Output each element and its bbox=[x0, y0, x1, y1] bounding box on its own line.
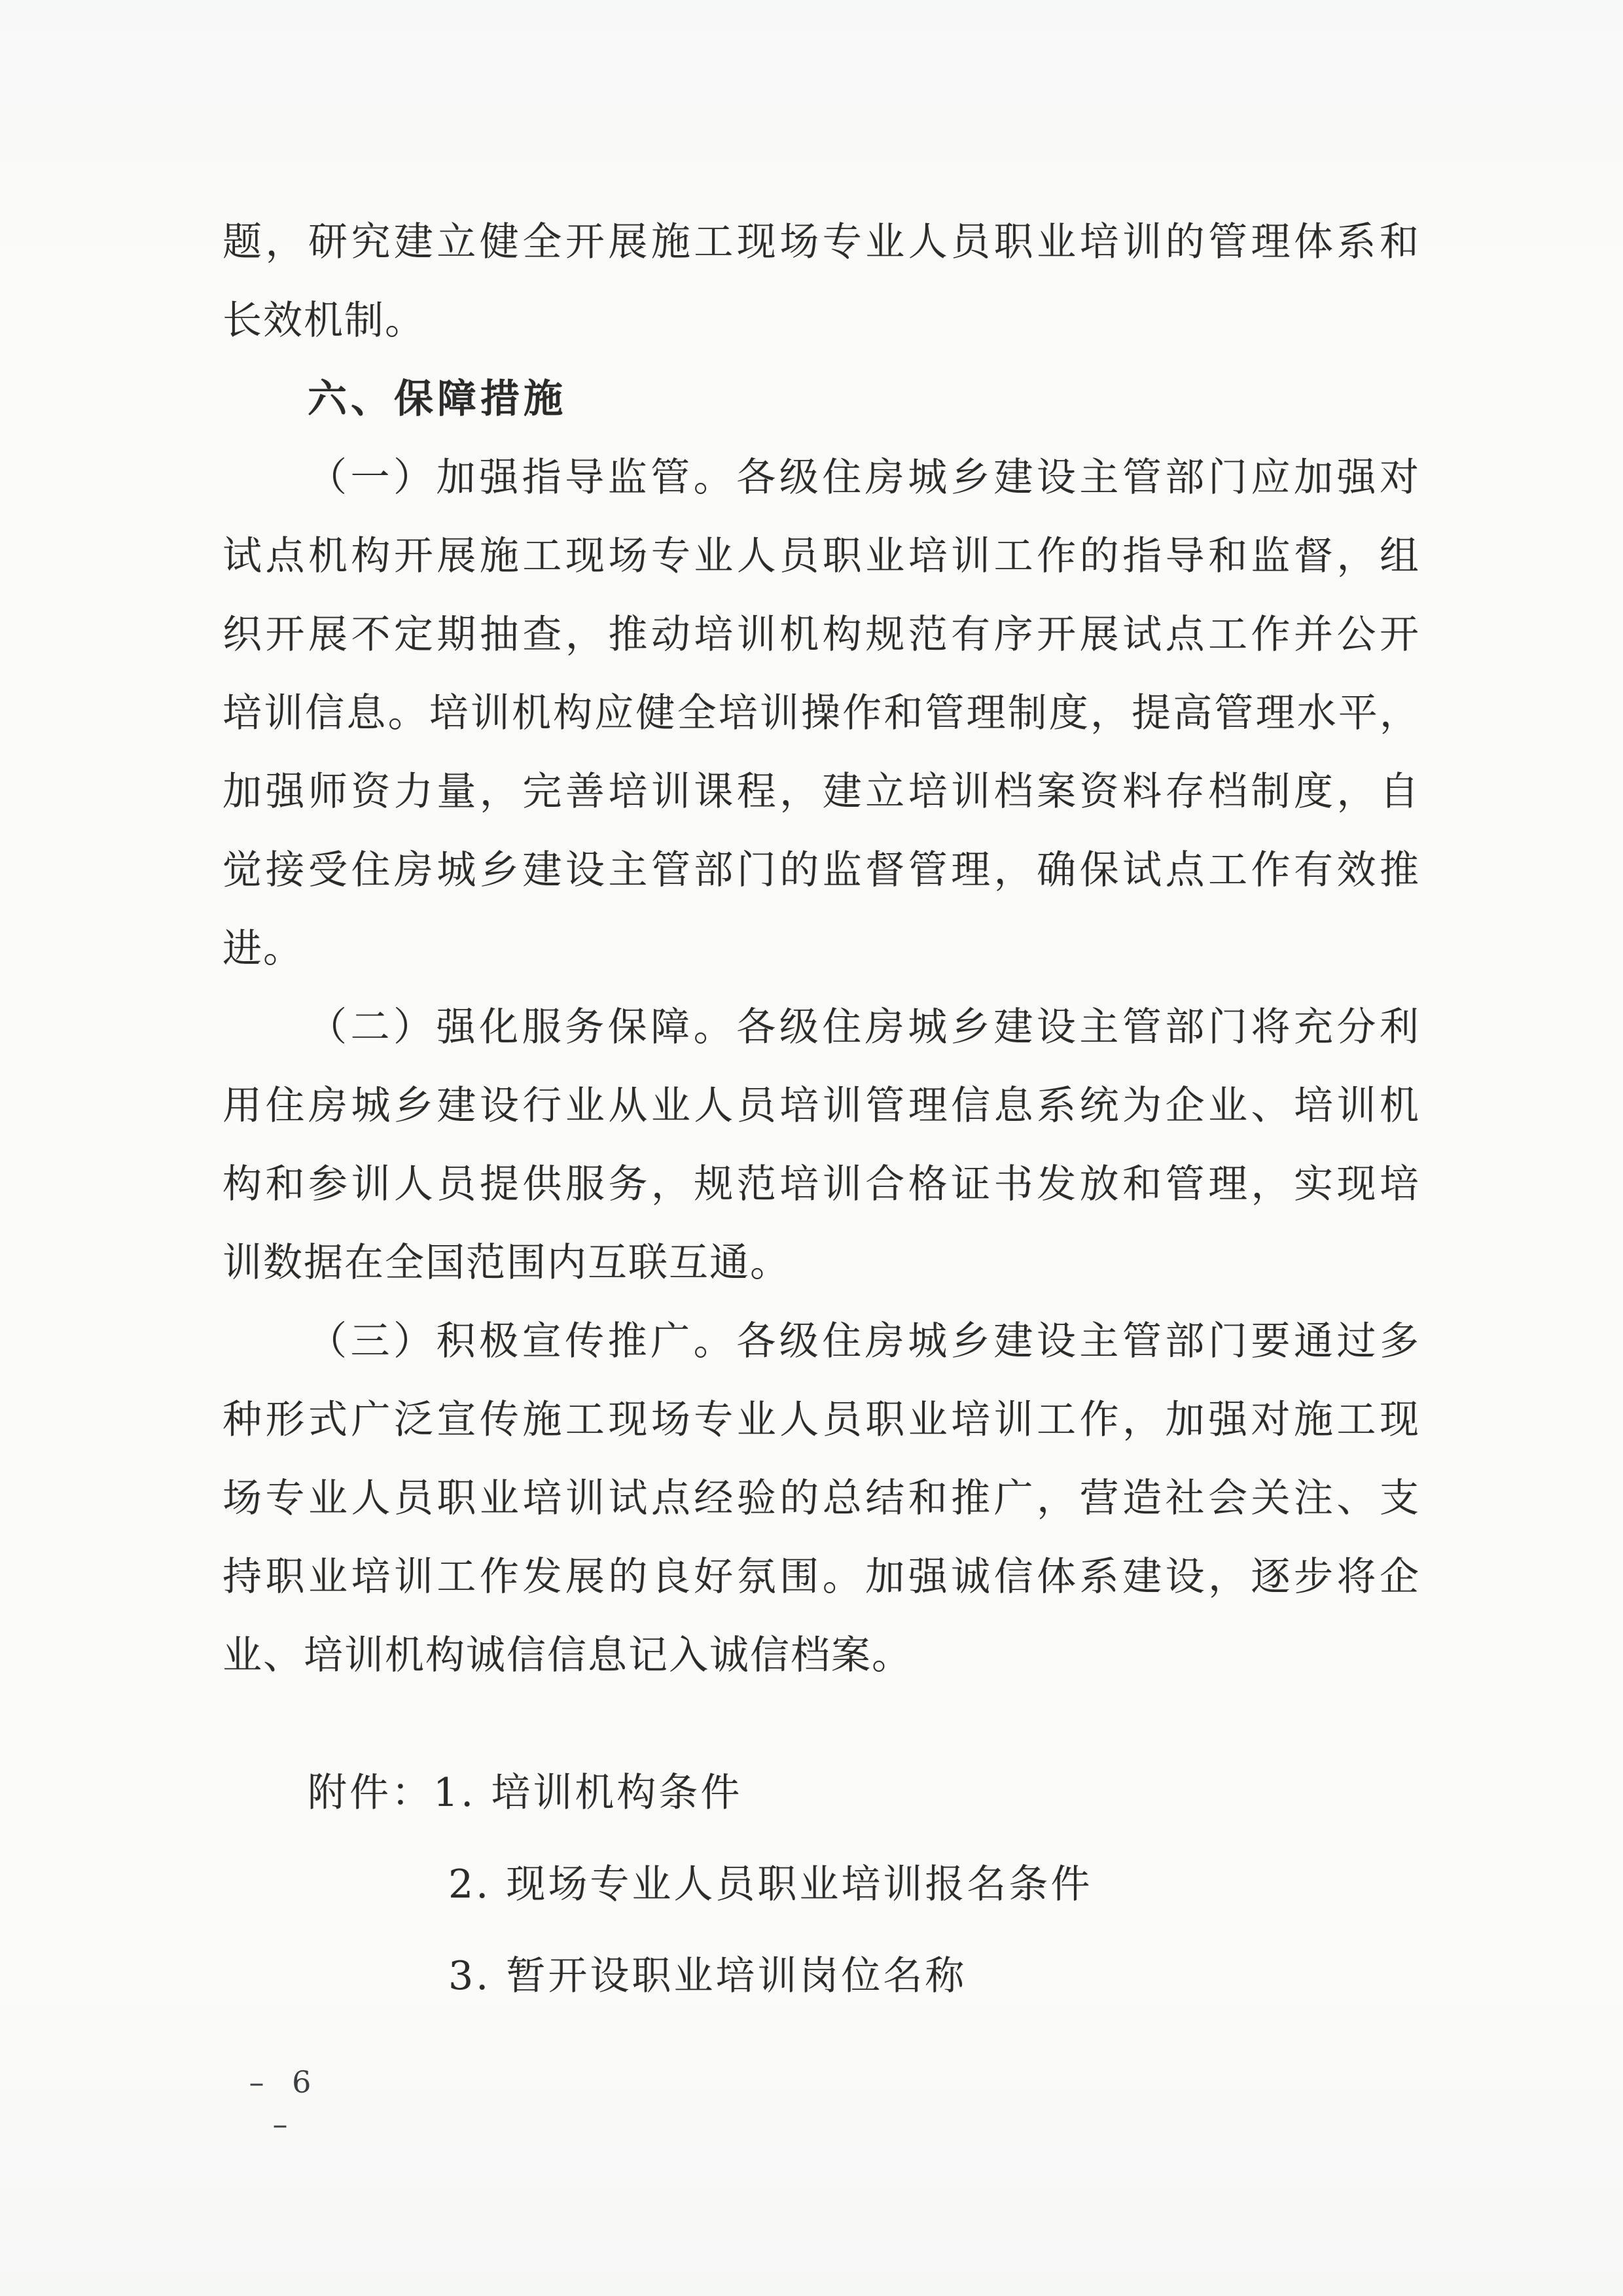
text-line: 长效机制。 bbox=[223, 281, 1420, 360]
text-line: 持职业培训工作发展的良好氛围。加强诚信体系建设，逐步将企 bbox=[223, 1538, 1420, 1616]
text-line: 加强师资力量，完善培训课程，建立培训档案资料存档制度，自 bbox=[223, 752, 1420, 831]
text-line: 试点机构开展施工现场专业人员职业培训工作的指导和监督，组 bbox=[223, 517, 1420, 595]
page-number: – 6 – bbox=[229, 2061, 340, 2103]
text-line: （三）积极宣传推广。各级住房城乡建设主管部门要通过多 bbox=[223, 1302, 1420, 1381]
document-page: 题，研究建立健全开展施工现场专业人员职业培训的管理体系和长效机制。六、保障措施（… bbox=[0, 0, 1623, 2296]
attachment-list: 附件：1. 培训机构条件2. 现场专业人员职业培训报名条件3. 暂开设职业培训岗… bbox=[223, 1747, 1420, 2022]
text-line: 织开展不定期抽查，推动培训机构规范有序开展试点工作并公开 bbox=[223, 595, 1420, 674]
text-line: 3. 暂开设职业培训岗位名称 bbox=[223, 1930, 1420, 2022]
text-line: 构和参训人员提供服务，规范培训合格证书发放和管理，实现培 bbox=[223, 1145, 1420, 1224]
text-line: 觉接受住房城乡建设主管部门的监督管理，确保试点工作有效推 bbox=[223, 831, 1420, 910]
text-line: 场专业人员职业培训试点经验的总结和推广，营造社会关注、支 bbox=[223, 1459, 1420, 1538]
text-line: 培训信息。培训机构应健全培训操作和管理制度，提高管理水平， bbox=[223, 674, 1420, 752]
text-line: 种形式广泛宣传施工现场专业人员职业培训工作，加强对施工现 bbox=[223, 1381, 1420, 1459]
text-line: （二）强化服务保障。各级住房城乡建设主管部门将充分利 bbox=[223, 988, 1420, 1067]
text-line: 业、培训机构诚信信息记入诚信档案。 bbox=[223, 1616, 1420, 1695]
text-line: 附件：1. 培训机构条件 bbox=[223, 1747, 1420, 1839]
text-line: 2. 现场专业人员职业培训报名条件 bbox=[223, 1839, 1420, 1930]
text-line: （一）加强指导监管。各级住房城乡建设主管部门应加强对 bbox=[223, 438, 1420, 517]
text-line: 训数据在全国范围内互联互通。 bbox=[223, 1224, 1420, 1302]
text-line: 进。 bbox=[223, 910, 1420, 988]
text-line: 六、保障措施 bbox=[223, 360, 1420, 438]
text-line: 用住房城乡建设行业从业人员培训管理信息系统为企业、培训机 bbox=[223, 1067, 1420, 1145]
document-body: 题，研究建立健全开展施工现场专业人员职业培训的管理体系和长效机制。六、保障措施（… bbox=[223, 203, 1420, 1695]
text-line: 题，研究建立健全开展施工现场专业人员职业培训的管理体系和 bbox=[223, 203, 1420, 281]
